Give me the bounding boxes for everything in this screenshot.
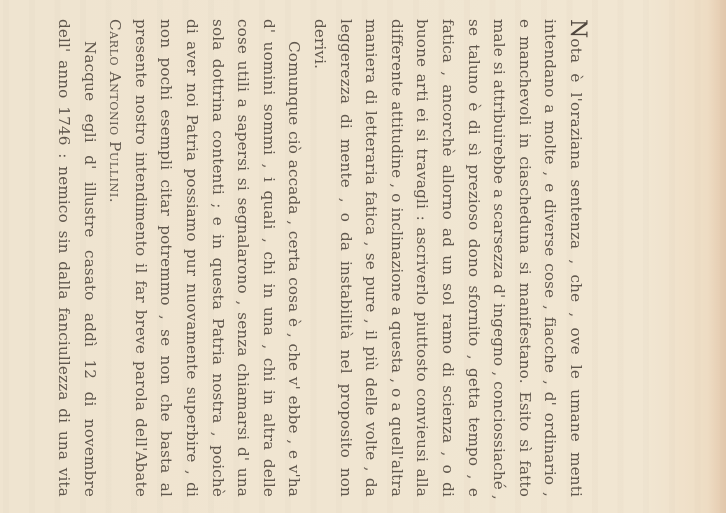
- text-line: se taluno è di sì prezioso dono sfornito…: [460, 19, 486, 497]
- text-line: dell' anno 1746 : nemico sin dalla fanci…: [51, 19, 77, 497]
- text-line: intendano a molte , e diverse cose , fia…: [537, 19, 563, 497]
- text-line: di aver noi Patria possiamo pur nuovamen…: [179, 19, 205, 497]
- text-line: male si attribuirebbe a scarsezza d' ing…: [486, 19, 512, 497]
- text-line: maniera di letteraria fatica , se pure ,…: [358, 19, 384, 497]
- text-line: derivi.: [306, 19, 332, 497]
- drop-cap: N: [565, 19, 590, 38]
- text-line: differente attitudine , o inclinazione a…: [383, 19, 409, 497]
- text-line: buone arti ei si travagli : ascriverlo p…: [409, 19, 435, 497]
- text-line: Nota è l'oraziana sentenza , che , ove l…: [562, 19, 588, 497]
- text-line: fatica , ancorchè allorno ad un sol ramo…: [434, 19, 460, 497]
- text-line: presente nostro intendimento il far brev…: [127, 19, 153, 497]
- text-line: Carlo Antonio Pullini.: [102, 19, 128, 497]
- text-line: non pochi esempli citar potremmo , se no…: [153, 19, 179, 497]
- text-line: leggerezza di mente , o da instabilità n…: [332, 19, 358, 497]
- body-text: Nota è l'oraziana sentenza , che , ove l…: [51, 19, 588, 497]
- rotated-page: Nota è l'oraziana sentenza , che , ove l…: [0, 0, 726, 513]
- text-line: Nacque egli d' illustre casato addì 12 d…: [76, 19, 102, 497]
- text-line: e manchevoli in ciascheduna si manifesta…: [511, 19, 537, 497]
- text-line: Comunque ciò accada , certa cosa è , che…: [281, 19, 307, 497]
- text-line-content: ota è l'oraziana sentenza , che , ove le…: [567, 38, 585, 497]
- text-line: sola dottrina contenti ; e in questa Pat…: [204, 19, 230, 497]
- scanned-page-frame: Nota è l'oraziana sentenza , che , ove l…: [0, 0, 726, 513]
- text-line: cose utili a sapersi si segnalarono , se…: [230, 19, 256, 497]
- text-line: d' uomini sommi , i quali , chi in una ,…: [255, 19, 281, 497]
